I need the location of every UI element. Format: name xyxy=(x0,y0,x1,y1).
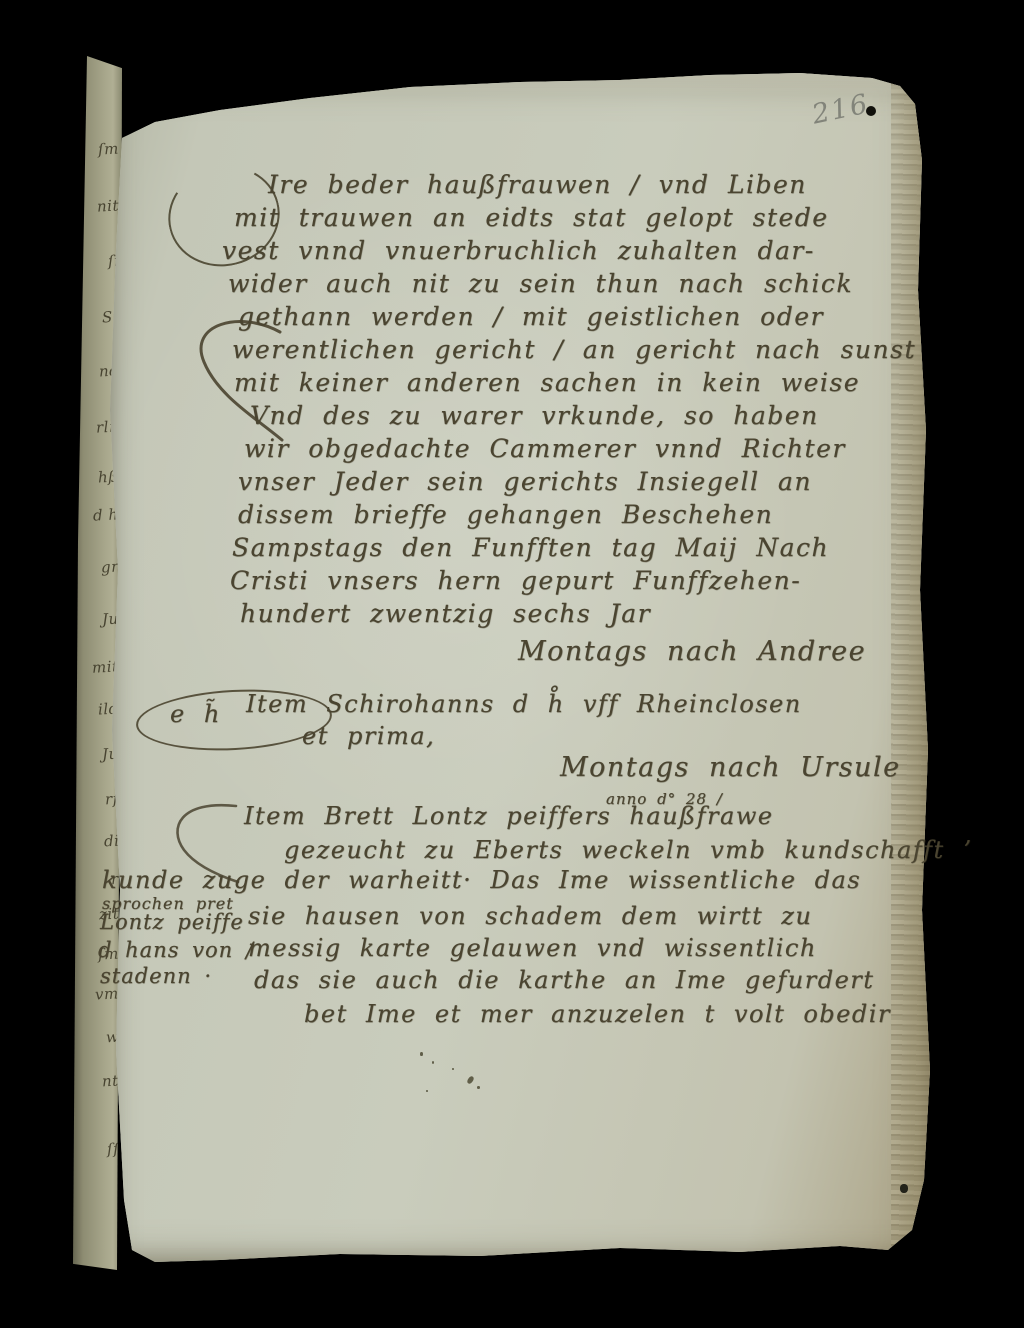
paper-blemish xyxy=(900,1184,908,1193)
date-heading-ursule: Montags nach Ursule xyxy=(560,752,901,783)
paragraph-line: werentlichen gericht / an gericht nach s… xyxy=(232,333,922,366)
paragraph-line: vest vnnd vnuerbruchlich zuhalten dar- xyxy=(222,234,922,267)
ink-dot xyxy=(866,106,876,116)
strip-text-fragment: nit xyxy=(97,196,120,215)
entry-line: messig karte gelauwen vnd wissentlich xyxy=(248,934,817,962)
strip-text-fragment: ſm xyxy=(98,139,120,158)
paragraph-line: Sampstags den Funfften tag Maij Nach xyxy=(232,531,922,564)
paragraph-line: hundert zwentzig sechs Jar xyxy=(240,597,922,630)
entry-line: bet Ime et mer anzuzelen t volt obedir xyxy=(304,1000,891,1028)
photograph-stage: ſm nit ſi St nd rln hß d h gr Ju mit ild… xyxy=(0,0,1024,1328)
paragraph-line: wider auch nit zu sein thun nach schick xyxy=(228,267,922,300)
strip-text-fragment: nt xyxy=(102,1072,120,1091)
ink-speck xyxy=(477,1086,480,1089)
entry-line: Item Schirohanns d h̊ vff Rheinclosen xyxy=(246,690,802,718)
paragraph-line: Ire beder haußfrauwen / vnd Liben xyxy=(268,168,922,201)
ink-speck xyxy=(452,1068,454,1070)
entry-line: sie hausen von schadem dem wirtt zu xyxy=(248,902,812,930)
paragraph-line: mit keiner anderen sachen in kein weise xyxy=(234,366,922,399)
ink-speck xyxy=(432,1061,434,1064)
deckle-edge-top xyxy=(130,70,910,96)
entry-line: et prima, xyxy=(302,722,435,750)
entry-line: das sie auch die karthe an Ime gefurdert xyxy=(254,966,874,994)
paragraph-line: wir obgedachte Cammerer vnnd Richter xyxy=(244,432,922,465)
strip-text-fragment: di xyxy=(103,832,119,851)
paragraph-line: dissem brieffe gehangen Beschehen xyxy=(238,498,922,531)
entry-margin-note: Lontz peiffe xyxy=(100,910,244,934)
facing-page-edge-strip: ſm nit ſi St nd rln hß d h gr Ju mit ild… xyxy=(72,56,122,1270)
entry-margin-note: stadenn · xyxy=(100,964,212,988)
date-heading-andree: Montags nach Andree xyxy=(518,636,866,667)
ink-speck xyxy=(426,1090,428,1092)
entry-margin-note: d hans von / xyxy=(98,938,254,962)
paragraph-line: mit trauwen an eidts stat gelopt stede xyxy=(234,201,922,234)
entry-line: Item Brett Lontz peiffers haußfrawe xyxy=(244,802,774,830)
entry-line: kunde zuge der warheitt· Das Ime wissent… xyxy=(102,866,861,894)
charter-paragraph: Ire beder haußfrauwen / vnd Liben mit tr… xyxy=(222,168,922,630)
paragraph-line: Vnd des zu warer vrkunde, so haben xyxy=(250,399,922,432)
paragraph-line: Cristi vnsers hern gepurt Funffzehen- xyxy=(230,564,922,597)
paragraph-line: gethann werden / mit geistlichen oder xyxy=(238,300,922,333)
ink-speck xyxy=(420,1052,423,1056)
entry-line: gezeucht zu Eberts weckeln vmb kundschaf… xyxy=(284,836,972,864)
margin-note-text: e h̃ xyxy=(170,700,221,728)
strip-text-fragment: ſſ xyxy=(106,1140,119,1159)
strip-text-fragment: gr xyxy=(101,558,120,577)
paragraph-line: vnser Jeder sein gerichts Insiegell an xyxy=(238,465,922,498)
